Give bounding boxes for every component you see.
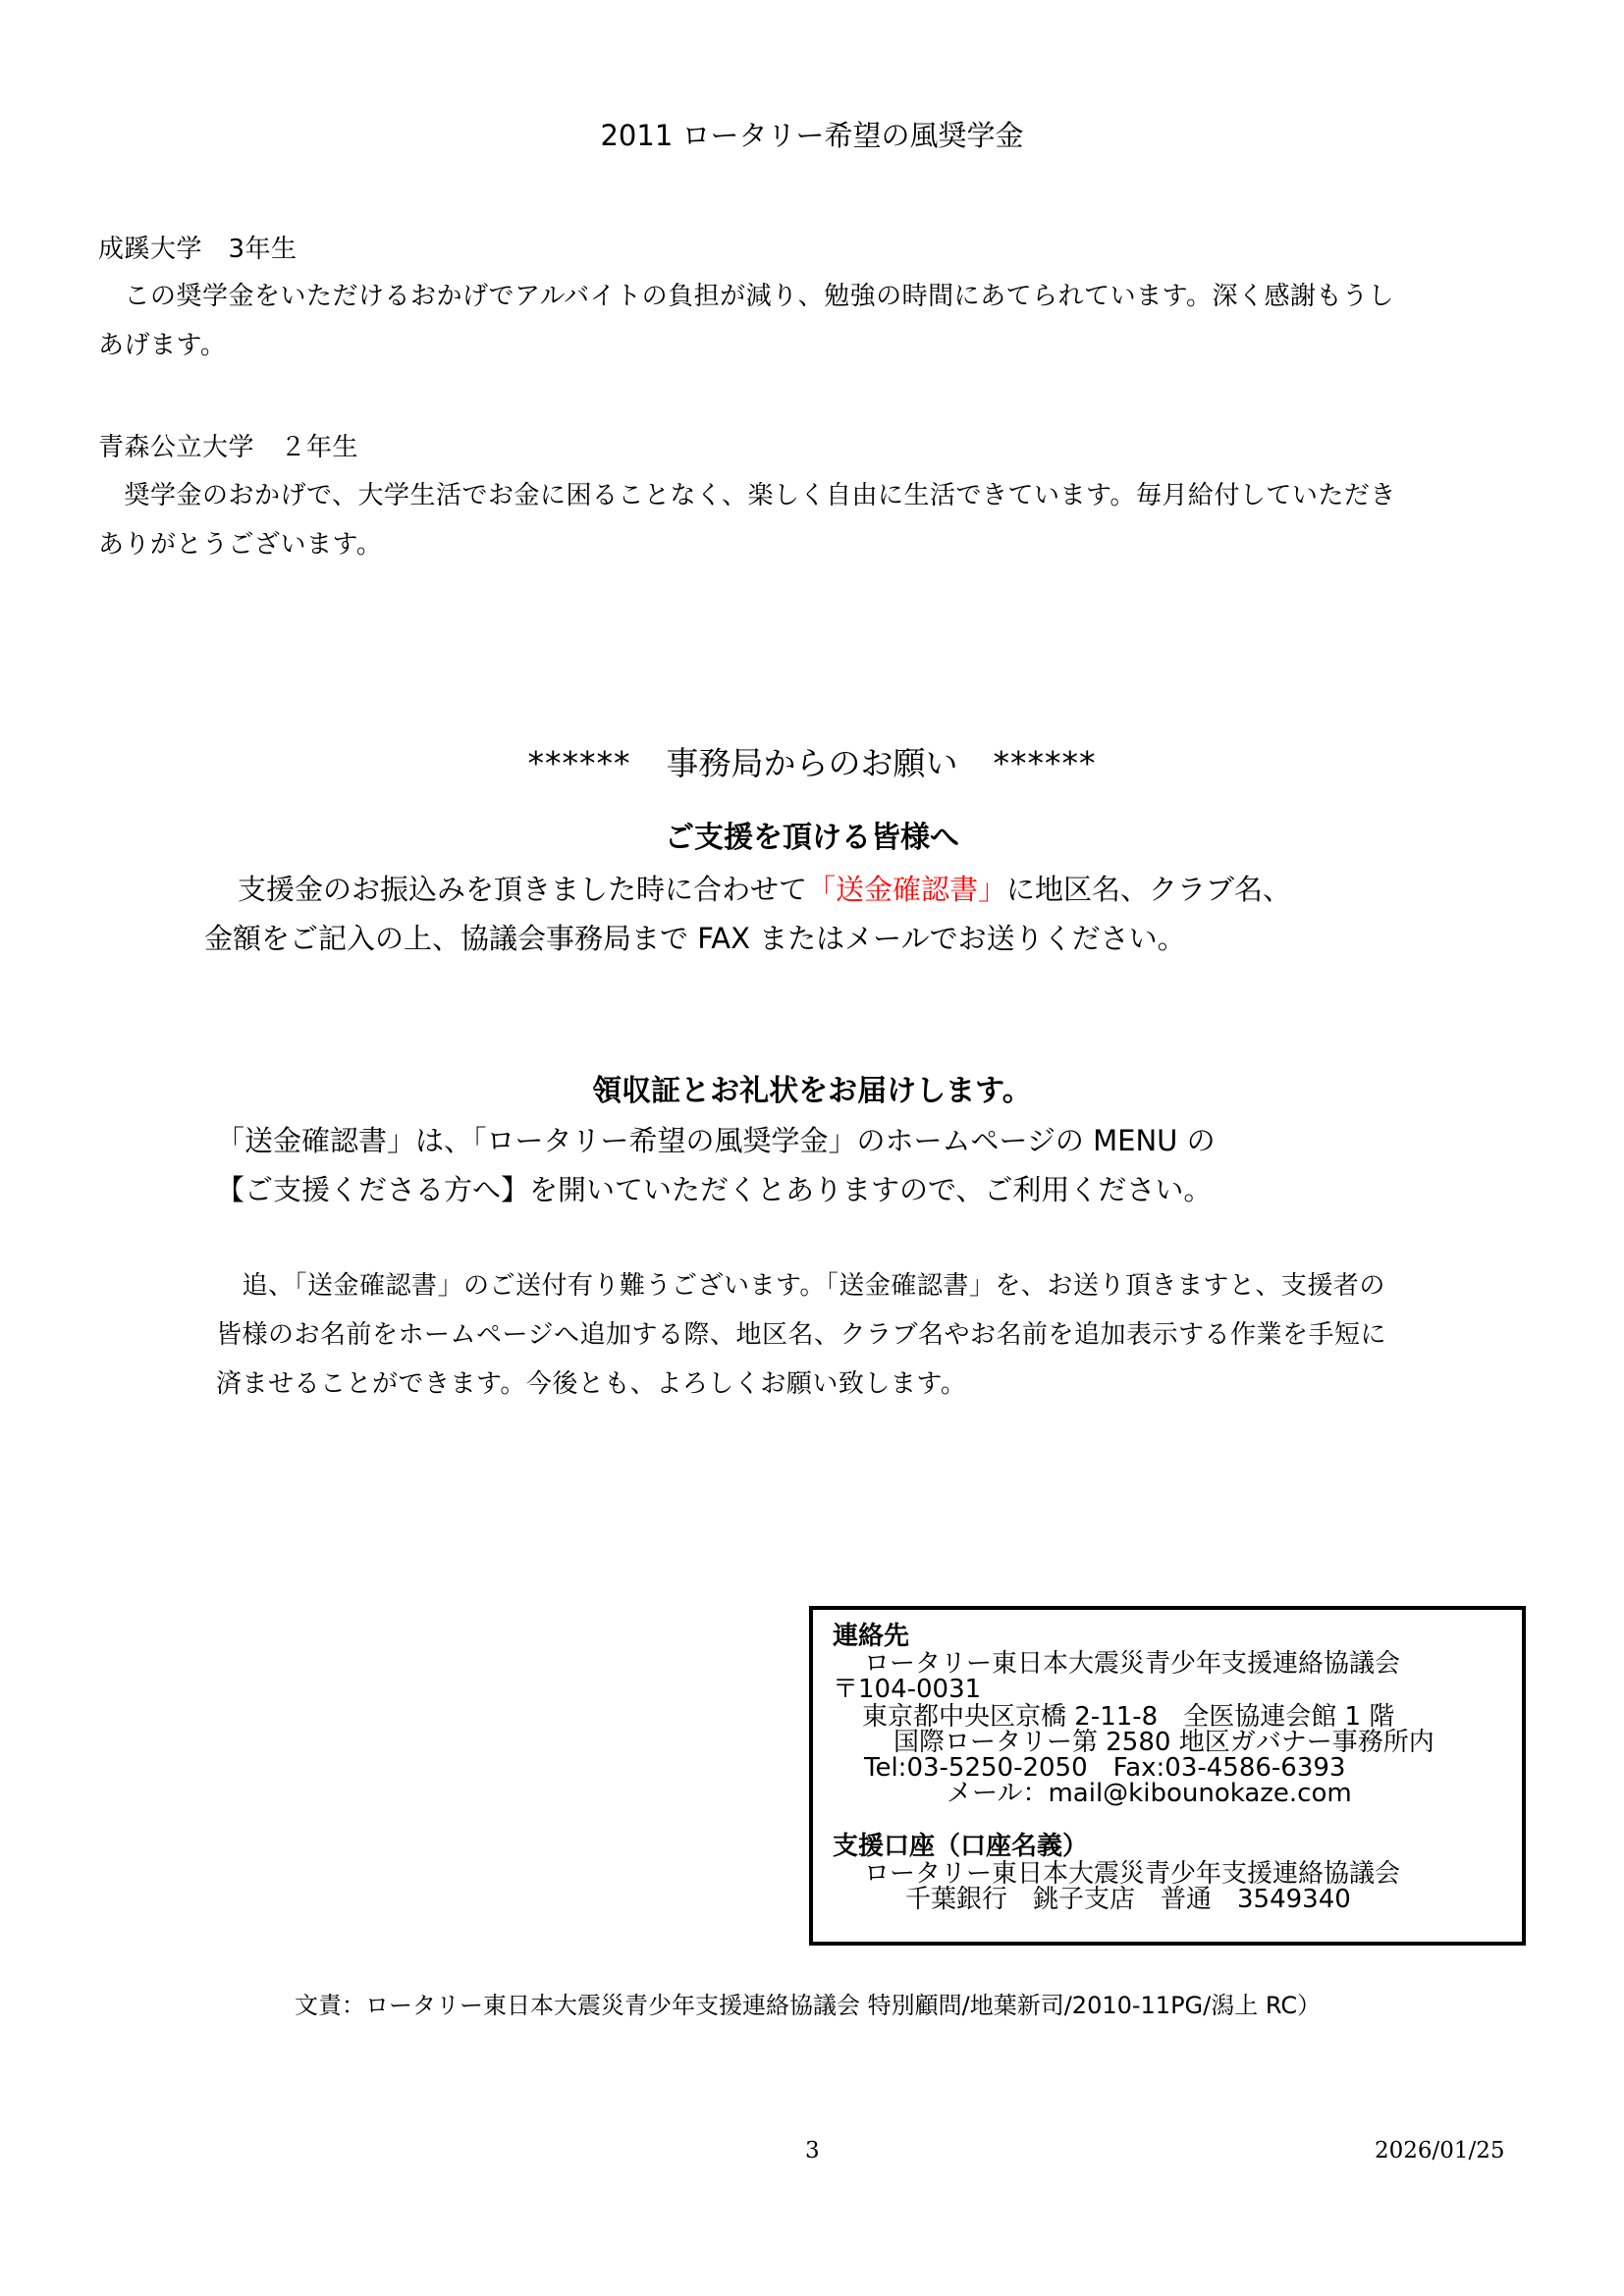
contact-office: 国際ロータリー第 2580 地区ガバナー事務所内 (893, 1730, 1435, 1755)
testimonial-school: 成蹊大学 3年生 (98, 230, 298, 269)
notice-para1-line1: 支援金のお振込みを頂きました時に合わせて「送金確認書」に地区名、クラブ名、 (238, 868, 1291, 911)
stars-decoration-left: ****** (528, 744, 631, 782)
account-heading: 支援口座（口座名義） (833, 1834, 1088, 1859)
contact-address: 東京都中央区京橋 2-11-8 全医協連会館 1 階 (862, 1704, 1394, 1730)
author-credit: 文責：ロータリー東日本大震災青少年支援連絡協議会 特別顧問/地葉新司/2010-… (295, 1989, 1321, 2022)
testimonial-text-line: 奨学金のおかげで、大学生活でお金に困ることなく、楽しく自由に生活できています。毎… (98, 476, 1396, 515)
contact-heading: 連絡先 (833, 1624, 909, 1649)
contact-email: メール：mail@kibounokaze.com (947, 1781, 1352, 1806)
notice-para2-line2: 【ご支援くださる方へ】を開いていただくとありますので、ご利用ください。 (216, 1168, 1212, 1211)
notice-para1-line2: 金額をご記入の上、協議会事務局まで FAX またはメールでお送りください。 (204, 917, 1186, 960)
testimonial-text-line: ありがとうございます。 (98, 525, 382, 564)
document-title: 2011 ロータリー希望の風奨学金 (0, 116, 1624, 155)
text-segment: 支援金のお振込みを頂きました時に合わせて (238, 873, 807, 906)
stars-decoration-right: ****** (994, 744, 1097, 782)
account-name: ロータリー東日本大震災青少年支援連絡協議会 (864, 1861, 1400, 1887)
contact-info-box: 連絡先 ロータリー東日本大震災青少年支援連絡協議会 〒104-0031 東京都中… (809, 1606, 1526, 1946)
notice-heading-text: 事務局からのお願い (667, 744, 958, 782)
testimonial-text-line: あげます。 (98, 326, 226, 365)
notice-para3-line3: 済ませることができます。今後とも、よろしくお願い致します。 (216, 1364, 966, 1404)
receipt-heading: 領収証とお礼状をお届けします。 (0, 1072, 1624, 1111)
contact-organization: ロータリー東日本大震災青少年支援連絡協議会 (864, 1651, 1400, 1677)
contact-tel-fax: Tel:03-5250-2050 Fax:03-4586-6393 (864, 1755, 1345, 1781)
notice-para3-line2: 皆様のお名前をホームページへ追加する際、地区名、クラブ名やお名前を追加表示する作… (216, 1315, 1386, 1355)
notice-subheading: ご支援を頂ける皆様へ (0, 819, 1624, 858)
testimonial-school: 青森公立大学 ２年生 (98, 428, 358, 467)
notice-para3-line1: 追、「送金確認書」のご送付有り難うございます。「送金確認書」を、お送り頂きますと… (216, 1266, 1385, 1306)
footer-date: 2026/01/25 (1375, 2136, 1505, 2165)
notice-para2-line1: 「送金確認書」は、「ロータリー希望の風奨学金」のホームページの MENU の (216, 1119, 1216, 1162)
page-number: 3 (805, 2136, 820, 2165)
contact-postal-code: 〒104-0031 (833, 1677, 981, 1702)
notice-heading: ******事務局からのお願い****** (0, 742, 1624, 785)
testimonial-text-line: この奨学金をいただけるおかげでアルバイトの負担が減り、勉強の時間にあてられていま… (98, 277, 1394, 316)
remittance-form-highlight: 「送金確認書」 (807, 873, 1006, 906)
text-segment: に地区名、クラブ名、 (1006, 873, 1291, 906)
bank-account: 千葉銀行 銚子支店 普通 3549340 (905, 1887, 1351, 1912)
